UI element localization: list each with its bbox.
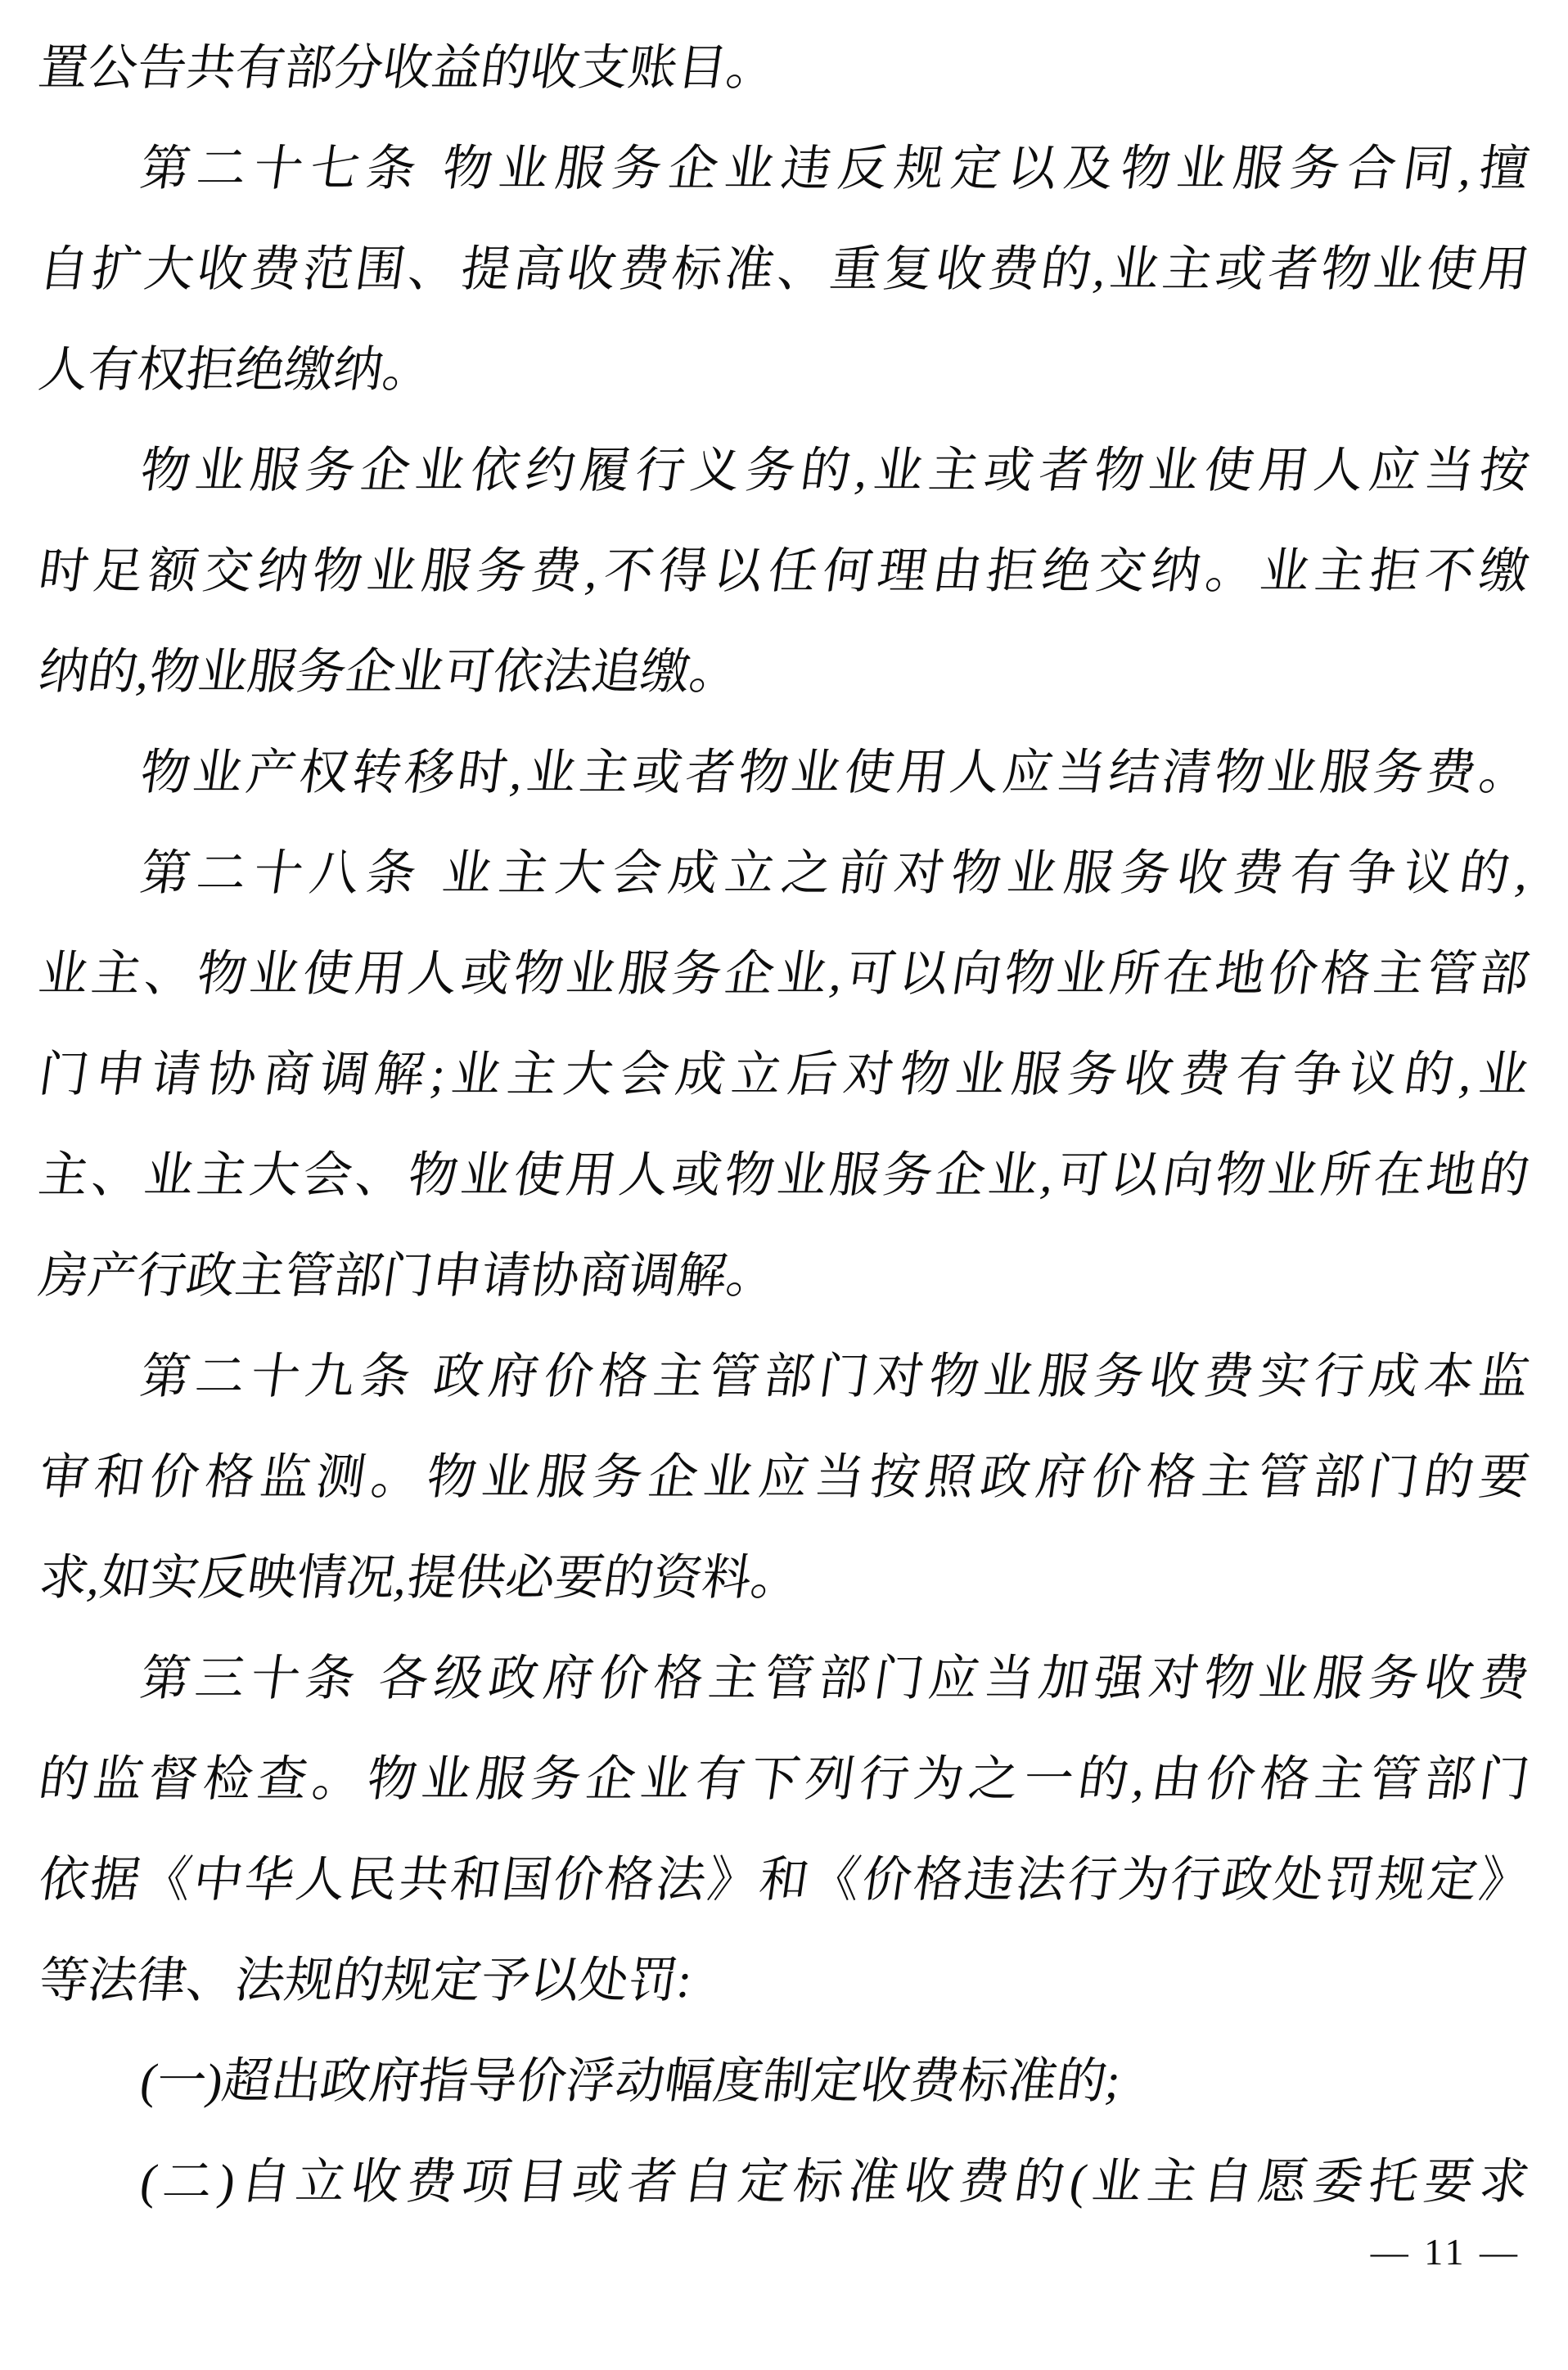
text-line: 门申请协商调解;业主大会成立后对物业服务收费有争议的,业 [32, 1025, 1535, 1125]
text-line: 物业服务企业依约履行义务的,业主或者物业使用人应当按 [32, 421, 1535, 521]
text-line: 第二十七条 物业服务企业违反规定以及物业服务合同,擅 [32, 119, 1535, 219]
text-line: 等法律、法规的规定予以处罚: [32, 1931, 1535, 2031]
text-line: 依据《中华人民共和国价格法》和《价格违法行为行政处罚规定》 [32, 1830, 1535, 1931]
document-page: 置公告共有部分收益的收支账目。 第二十七条 物业服务企业违反规定以及物业服务合同… [0, 0, 1568, 2370]
text-line: 纳的,物业服务企业可依法追缴。 [32, 622, 1535, 723]
text-line: 审和价格监测。物业服务企业应当按照政府价格主管部门的要 [32, 1427, 1535, 1528]
text-line: 置公告共有部分收益的收支账目。 [32, 18, 1535, 119]
text-line: 自扩大收费范围、提高收费标准、重复收费的,业主或者物业使用 [32, 219, 1535, 320]
text-line: 主、业主大会、物业使用人或物业服务企业,可以向物业所在地的 [32, 1125, 1535, 1226]
text-line: 物业产权转移时,业主或者物业使用人应当结清物业服务费。 [32, 723, 1535, 823]
text-line: (一)超出政府指导价浮动幅度制定收费标准的; [32, 2031, 1535, 2132]
text-line: (二)自立收费项目或者自定标准收费的(业主自愿委托要求 [32, 2132, 1535, 2233]
text-line: 时足额交纳物业服务费,不得以任何理由拒绝交纳。业主拒不缴 [32, 521, 1535, 622]
page-number: — 11 — [1371, 2228, 1521, 2277]
text-line: 房产行政主管部门申请协商调解。 [32, 1226, 1535, 1327]
text-line: 人有权拒绝缴纳。 [32, 320, 1535, 421]
text-line: 的监督检查。物业服务企业有下列行为之一的,由价格主管部门 [32, 1729, 1535, 1830]
document-body: 置公告共有部分收益的收支账目。 第二十七条 物业服务企业违反规定以及物业服务合同… [39, 18, 1529, 2233]
text-line: 第二十八条 业主大会成立之前对物业服务收费有争议的, [32, 823, 1535, 924]
text-line: 第二十九条 政府价格主管部门对物业服务收费实行成本监 [32, 1327, 1535, 1427]
text-line: 第三十条 各级政府价格主管部门应当加强对物业服务收费 [32, 1629, 1535, 1729]
text-line: 求,如实反映情况,提供必要的资料。 [32, 1528, 1535, 1629]
text-line: 业主、物业使用人或物业服务企业,可以向物业所在地价格主管部 [32, 924, 1535, 1025]
